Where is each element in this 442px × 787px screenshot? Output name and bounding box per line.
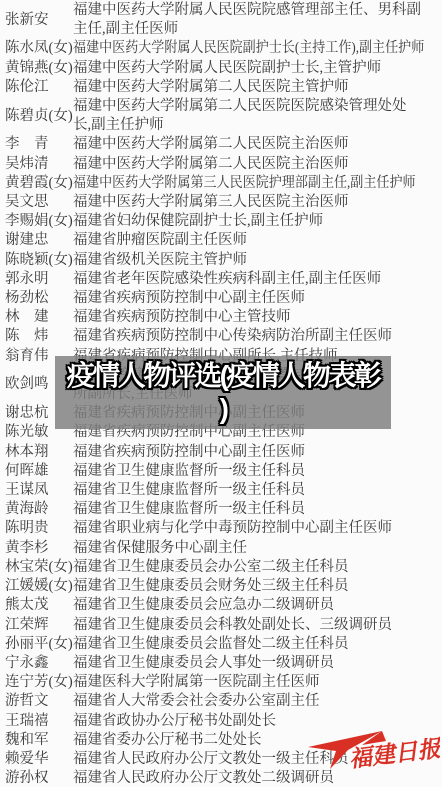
- fujian-daily-logo: 福建日报: [306, 729, 440, 777]
- list-item: 杨劲松 福建省疾病预防控制中心副主任医师: [0, 289, 442, 308]
- list-item: 黄锦燕(女) 福建中医药大学附属人民医院副护士长,主管护师: [0, 59, 442, 78]
- list-item: 陈明贵 福建省职业病与化学中毒预防控制中心副主任医师: [0, 519, 442, 538]
- list-item: 陈水凤(女) 福建中医药大学附属人民医院副护士长(主持工作),副主任护师: [0, 39, 442, 58]
- person-title: 福建省肿瘤医院副主任医师: [73, 231, 442, 250]
- list-item: 王谋凤 福建省卫生健康监督所一级主任科员: [0, 481, 442, 500]
- person-name: 李赐娟(女): [0, 212, 73, 231]
- person-name: 林本翔: [0, 443, 73, 462]
- person-title: 福建医科大学附属第一医院副主任医师: [73, 673, 442, 692]
- person-title: 福建省卫生健康监督所一级主任科员: [73, 481, 442, 500]
- list-item: 陈 炜 福建省疾病预防控制中心传染病防治所副主任医师: [0, 327, 442, 346]
- person-name: 宁永鑫: [0, 654, 73, 673]
- person-title: 福建省职业病与化学中毒预防控制中心副主任医师: [73, 519, 442, 538]
- list-item: 张新安 福建中医药大学附属人民医院院感管理部主任、男科副 主任,副主任医师: [0, 1, 442, 39]
- person-name: 黄海龄: [0, 500, 73, 519]
- person-title: 福建省卫生健康委员会办公室二级主任科员: [73, 558, 442, 577]
- person-title: 福建省保健服务中心副主任: [73, 539, 442, 558]
- person-title: 福建省疾病预防控制中心副主任医师: [73, 443, 442, 462]
- person-title: 福建中医药大学附属人民医院副护士长(主持工作),副主任护师: [73, 39, 428, 58]
- person-title: 福建中医药大学附属人民医院副护士长,主管护师: [73, 59, 442, 78]
- person-name: 王瑞禧: [0, 712, 73, 731]
- list-item: 游哲文 福建省人大常委会社会委办公室副主任: [0, 692, 442, 711]
- person-title: 福建省疾病预防控制中心副主任医师: [73, 289, 442, 308]
- list-item: 陈碧贞(女) 福建中医药大学附属第二人民医院医院感染管理处处 长,副主任护师: [0, 97, 442, 135]
- list-item: 谢建忠 福建省肿瘤医院副主任医师: [0, 231, 442, 250]
- list-item: 李 青 福建中医药大学附属第二人民医院主治医师: [0, 135, 442, 154]
- person-title: 福建省卫生健康委员会科教处副处长、三级调研员: [73, 616, 442, 635]
- person-name: 杨劲松: [0, 289, 73, 308]
- overlay-title-line2: ): [55, 393, 391, 425]
- person-name: 陈碧贞(女): [0, 107, 73, 126]
- page-root: 张新安 福建中医药大学附属人民医院院感管理部主任、男科副 主任,副主任医师 陈水…: [0, 0, 442, 787]
- list-item: 郭永明 福建省老年医院感染性疾病科副主任,副主任医师: [0, 270, 442, 289]
- person-name: 谢建忠: [0, 231, 73, 250]
- list-item: 黄碧霞(女) 福建中医药大学附属第三人民医院护理部副主任,副主任护师: [0, 174, 442, 193]
- list-item: 江媛媛(女) 福建省卫生健康委员会财务处三级主任科员: [0, 577, 442, 596]
- title-overlay: 疫情人物评选(疫情人物表彰 ): [55, 356, 391, 429]
- person-name: 吴文思: [0, 193, 73, 212]
- list-item: 吴炜清 福建中医药大学附属第二人民医院主治医师: [0, 155, 442, 174]
- person-title: 福建省卫生健康监督所一级主任科员: [73, 462, 442, 481]
- person-name: 江媛媛(女): [0, 577, 73, 596]
- list-item: 江荣辉 福建省卫生健康委员会科教处副处长、三级调研员: [0, 616, 442, 635]
- person-title: 福建省人大常委会社会委办公室副主任: [73, 692, 442, 711]
- person-name: 熊太茂: [0, 596, 73, 615]
- person-name: 孙丽平(女): [0, 635, 73, 654]
- list-item: 熊太茂 福建省卫生健康委员会应急办二级调研员: [0, 596, 442, 615]
- person-name: 吴炜清: [0, 155, 73, 174]
- overlay-title: 疫情人物评选(疫情人物表彰: [55, 359, 391, 393]
- person-name: 陈伦江: [0, 78, 73, 97]
- person-name: 李 青: [0, 135, 73, 154]
- list-item: 陈晓颖(女) 福建省级机关医院主管护师: [0, 251, 442, 270]
- person-title: 福建省卫生健康委员会财务处三级主任科员: [73, 577, 442, 596]
- person-title: 福建中医药大学附属第三人民医院护理部副主任,副主任护师: [73, 174, 419, 193]
- person-name: 陈水凤(女): [0, 39, 73, 58]
- list-item: 连宁芳(女) 福建医科大学附属第一医院副主任医师: [0, 673, 442, 692]
- person-name: 连宁芳(女): [0, 673, 73, 692]
- person-title: 福建中医药大学附属第二人民医院医院感染管理处处 长,副主任护师: [73, 97, 442, 135]
- person-title: 福建中医药大学附属第三人民医院主治医师: [73, 193, 442, 212]
- person-title: 福建省疾病预防控制中心主管技师: [73, 308, 442, 327]
- person-title: 福建省级机关医院主管护师: [73, 251, 442, 270]
- person-name: 陈 炜: [0, 327, 73, 346]
- person-name: 游孙权: [0, 769, 73, 787]
- person-name: 郭永明: [0, 270, 73, 289]
- person-name: 王谋凤: [0, 481, 73, 500]
- person-name: 何晖雄: [0, 462, 73, 481]
- person-name: 林宝荣(女): [0, 558, 73, 577]
- person-title: 福建省妇幼保健院副护士长,副主任护师: [73, 212, 442, 231]
- list-item: 孙丽平(女) 福建省卫生健康委员会监督处二级主任科员: [0, 635, 442, 654]
- person-name: 黄碧霞(女): [0, 174, 73, 193]
- person-name: 林 建: [0, 308, 73, 327]
- list-item: 吴文思 福建中医药大学附属第三人民医院主治医师: [0, 193, 442, 212]
- list-item: 陈伦江 福建中医药大学附属第二人民医院主管护师: [0, 78, 442, 97]
- person-name: 赖爱华: [0, 750, 73, 769]
- list-item: 黄海龄 福建省卫生健康监督所一级主任科员: [0, 500, 442, 519]
- person-name: 陈晓颖(女): [0, 251, 73, 270]
- person-name: 黄李杉: [0, 539, 73, 558]
- list-item: 黄李杉 福建省保健服务中心副主任: [0, 539, 442, 558]
- list-item: 林 建 福建省疾病预防控制中心主管技师: [0, 308, 442, 327]
- list-item: 宁永鑫 福建省卫生健康委员会人事处一级调研员: [0, 654, 442, 673]
- person-title: 福建省卫生健康委员会应急办二级调研员: [73, 596, 442, 615]
- person-title: 福建中医药大学附属第二人民医院主治医师: [73, 155, 442, 174]
- list-item: 王瑞禧 福建省政协办公厅秘书处副处长: [0, 712, 442, 731]
- person-title: 福建中医药大学附属第二人民医院主管护师: [73, 78, 442, 97]
- person-title: 福建省政协办公厅秘书处副处长: [73, 712, 442, 731]
- list-item: 林本翔 福建省疾病预防控制中心副主任医师: [0, 443, 442, 462]
- list-item: 林宝荣(女) 福建省卫生健康委员会办公室二级主任科员: [0, 558, 442, 577]
- person-title: 福建省卫生健康委员会监督处二级主任科员: [73, 635, 442, 654]
- list-item: 何晖雄 福建省卫生健康监督所一级主任科员: [0, 462, 442, 481]
- person-name: 黄锦燕(女): [0, 59, 73, 78]
- person-title: 福建省卫生健康监督所一级主任科员: [73, 500, 442, 519]
- person-title: 福建省卫生健康委员会人事处一级调研员: [73, 654, 442, 673]
- person-title: 福建省老年医院感染性疾病科副主任,副主任医师: [73, 270, 442, 289]
- list-item: 李赐娟(女) 福建省妇幼保健院副护士长,副主任护师: [0, 212, 442, 231]
- person-title: 福建省疾病预防控制中心传染病防治所副主任医师: [73, 327, 442, 346]
- person-title: 福建中医药大学附属第二人民医院主治医师: [73, 135, 442, 154]
- person-name: 陈明贵: [0, 519, 73, 538]
- person-name: 游哲文: [0, 692, 73, 711]
- person-name: 江荣辉: [0, 616, 73, 635]
- person-name: 魏和军: [0, 731, 73, 750]
- person-name: 张新安: [0, 11, 73, 30]
- person-title: 福建中医药大学附属人民医院院感管理部主任、男科副 主任,副主任医师: [73, 1, 442, 39]
